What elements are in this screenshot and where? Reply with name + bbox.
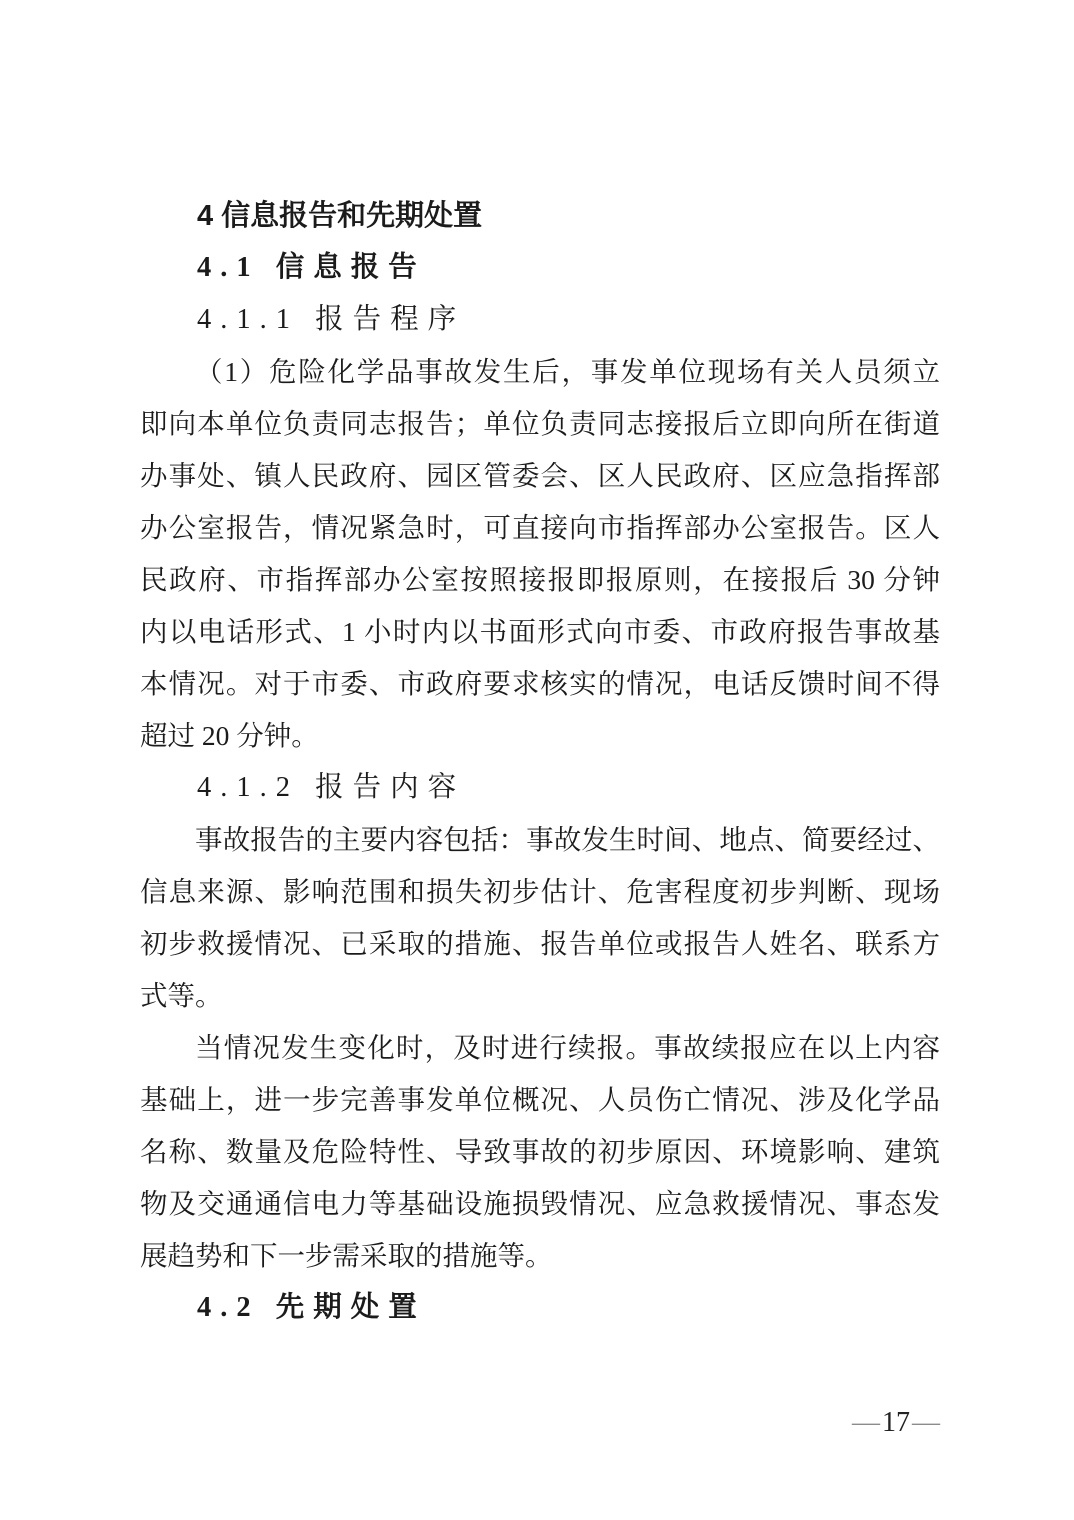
section-heading-4-2: 4.2 先期处置 [140, 1282, 940, 1334]
section-heading-4-1-1: 4.1.1 报告程序 [140, 294, 940, 346]
document-content: 4 信息报告和先期处置 4.1 信息报告 4.1.1 报告程序 （1）危险化学品… [140, 190, 940, 1334]
text-line: 式等。 [140, 970, 940, 1022]
text-line: 名称、数量及危险特性、导致事故的初步原因、环境影响、建筑 [140, 1126, 940, 1178]
paragraph-report-content: 事故报告的主要内容包括：事故发生时间、地点、简要经过、信息来源、影响范围和损失初… [140, 814, 940, 1022]
text-line: 初步救援情况、已采取的措施、报告单位或报告人姓名、联系方 [140, 918, 940, 970]
text-line: 物及交通通信电力等基础设施损毁情况、应急救援情况、事态发 [140, 1178, 940, 1230]
text-line: 内以电话形式、1 小时内以书面形式向市委、市政府报告事故基 [140, 606, 940, 658]
paragraph-followup-report: 当情况发生变化时，及时进行续报。事故续报应在以上内容基础上，进一步完善事发单位概… [140, 1022, 940, 1282]
text-line: 事故报告的主要内容包括：事故发生时间、地点、简要经过、 [140, 814, 940, 866]
text-line: 超过 20 分钟。 [140, 710, 940, 762]
page-number: —17— [852, 1406, 940, 1440]
text-line: 信息来源、影响范围和损失初步估计、危害程度初步判断、现场 [140, 866, 940, 918]
section-heading-4-1: 4.1 信息报告 [140, 242, 940, 294]
page-number-value: 17 [880, 1407, 912, 1438]
page-number-dash-left: — [852, 1407, 880, 1438]
text-line: 展趋势和下一步需采取的措施等。 [140, 1230, 940, 1282]
text-line: 本情况。对于市委、市政府要求核实的情况，电话反馈时间不得 [140, 658, 940, 710]
text-line: 基础上，进一步完善事发单位概况、人员伤亡情况、涉及化学品 [140, 1074, 940, 1126]
text-line: 即向本单位负责同志报告；单位负责同志接报后立即向所在街道 [140, 398, 940, 450]
text-line: 办公室报告，情况紧急时，可直接向市指挥部办公室报告。区人 [140, 502, 940, 554]
text-line: 办事处、镇人民政府、园区管委会、区人民政府、区应急指挥部 [140, 450, 940, 502]
page-number-dash-right: — [912, 1407, 940, 1438]
paragraph-report-procedure: （1）危险化学品事故发生后，事发单位现场有关人员须立即向本单位负责同志报告；单位… [140, 346, 940, 762]
text-line: 当情况发生变化时，及时进行续报。事故续报应在以上内容 [140, 1022, 940, 1074]
text-line: （1）危险化学品事故发生后，事发单位现场有关人员须立 [140, 346, 940, 398]
section-heading-4-1-2: 4.1.2 报告内容 [140, 762, 940, 814]
section-heading-4: 4 信息报告和先期处置 [140, 190, 940, 242]
document-page: 4 信息报告和先期处置 4.1 信息报告 4.1.1 报告程序 （1）危险化学品… [0, 0, 1074, 1520]
text-line: 民政府、市指挥部办公室按照接报即报原则，在接报后 30 分钟 [140, 554, 940, 606]
